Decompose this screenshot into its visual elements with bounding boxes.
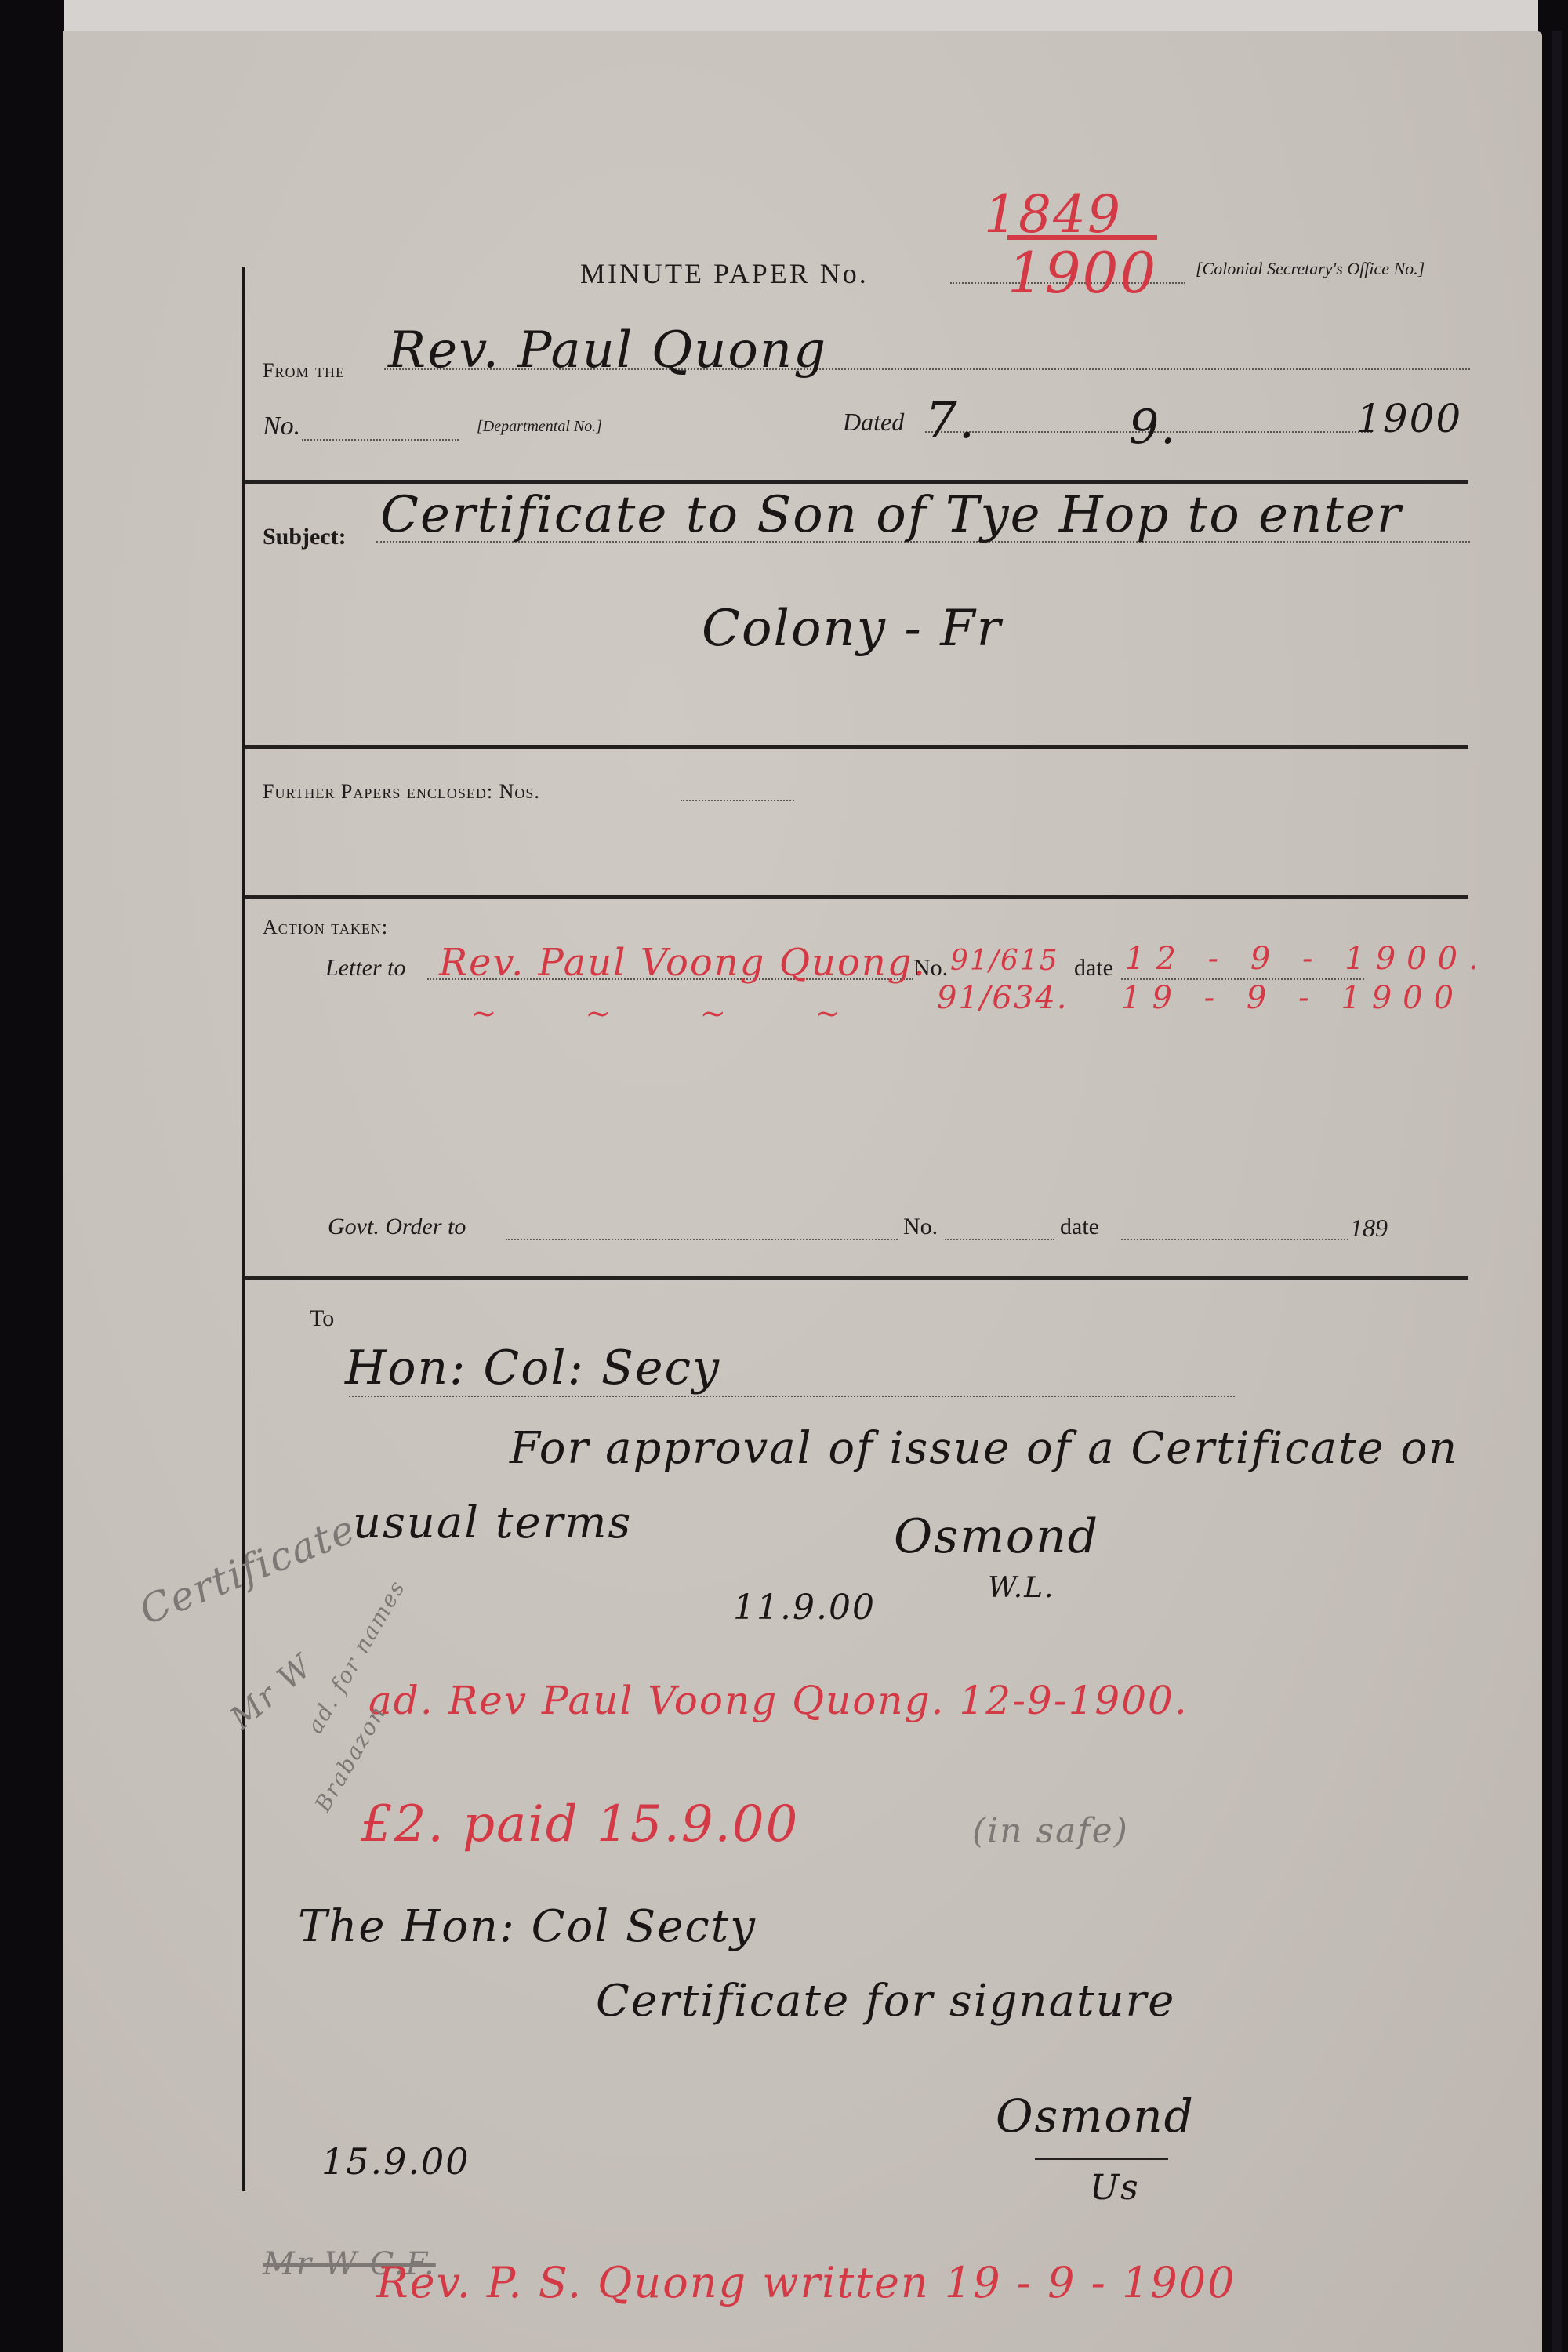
- action-taken-label: Action taken:: [263, 916, 388, 939]
- letter-date-2[interactable]: 19 - 9 - 1900: [1121, 980, 1465, 1016]
- minute1-date: 11.9.00: [733, 1588, 876, 1628]
- dated-month[interactable]: 9.: [1129, 400, 1177, 455]
- govt-no-line: [945, 1239, 1054, 1240]
- govt-no-label: No.: [903, 1214, 938, 1240]
- letter-no-2[interactable]: 91/634.: [937, 980, 1068, 1016]
- minute2-addressee[interactable]: The Hon: Col Secty: [298, 1901, 757, 1952]
- minute-paper-title: MINUTE PAPER No.: [580, 257, 869, 290]
- letter-date-label: date: [1074, 955, 1113, 982]
- from-value[interactable]: Rev. Paul Quong: [388, 321, 827, 379]
- page-right-shadow: [1552, 31, 1562, 2352]
- govt-order-line: [506, 1239, 898, 1240]
- dated-day[interactable]: 7.: [925, 392, 976, 450]
- letter-ditto: ~ ~ ~ ~: [470, 996, 880, 1032]
- underlying-sheet-edge: [64, 0, 1538, 34]
- minute1-line1[interactable]: For approval of issue of a Certificate o…: [510, 1423, 1458, 1474]
- further-papers-line: [681, 800, 794, 801]
- minute2-signature-underline: [1035, 2158, 1168, 2160]
- minute2-signature: Osmond: [996, 2089, 1195, 2143]
- left-margin-rule: [242, 267, 245, 2191]
- minute2-text[interactable]: Certificate for signature: [596, 1976, 1175, 2027]
- govt-date-label: date: [1060, 1214, 1099, 1240]
- no-label: No.: [263, 412, 300, 441]
- letter-no-1[interactable]: 91/615: [950, 945, 1059, 977]
- section-rule-2: [245, 745, 1468, 749]
- govt-date-line: [1121, 1239, 1348, 1240]
- no-line: [302, 439, 459, 441]
- from-label: From the: [263, 359, 345, 383]
- dated-label: Dated: [843, 408, 904, 437]
- section-rule-3: [245, 895, 1468, 899]
- footer-red-note: Rev. P. S. Quong written 19 - 9 - 1900: [376, 2258, 1236, 2307]
- minute2-initials: Us: [1090, 2168, 1140, 2208]
- minute1-line2[interactable]: usual terms: [353, 1497, 632, 1548]
- to-label: To: [310, 1305, 334, 1332]
- letter-date-1[interactable]: 12 - 9 - 1900.: [1125, 941, 1490, 977]
- minute1-initials: W.L.: [988, 1572, 1055, 1604]
- subject-label: Subject:: [263, 524, 347, 550]
- subject-line-2[interactable]: Colony - Fr: [702, 600, 1002, 658]
- govt-year: 189: [1350, 1214, 1388, 1243]
- pencil-note-in-safe: (in safe): [972, 1811, 1129, 1851]
- letter-to-label: Letter to: [325, 955, 406, 982]
- dated-year[interactable]: 1900: [1356, 396, 1462, 441]
- dept-note: [Departmental No.]: [477, 418, 602, 436]
- minute-no-bottom: 1900: [1007, 235, 1157, 306]
- subject-line-1[interactable]: Certificate to Son of Tye Hop to enter: [380, 486, 1402, 544]
- to-addressee[interactable]: Hon: Col: Secy: [345, 1341, 720, 1396]
- letter-no-label: No.: [913, 955, 948, 982]
- section-rule-4: [245, 1276, 1468, 1280]
- letter-to-value[interactable]: Rev. Paul Voong Quong.: [439, 941, 927, 985]
- to-line: [349, 1396, 1235, 1397]
- minute1-signature: Osmond: [894, 1509, 1099, 1564]
- minute2-date: 15.9.00: [321, 2140, 470, 2183]
- section-rule-1: [245, 480, 1468, 484]
- red-note-1: ad. Rev Paul Voong Quong. 12-9-1900.: [368, 1678, 1189, 1723]
- govt-order-label: Govt. Order to: [328, 1214, 466, 1240]
- red-note-2: £2. paid 15.9.00: [361, 1795, 799, 1853]
- further-papers-label: Further Papers enclosed: Nos.: [263, 780, 540, 804]
- office-note: [Colonial Secretary's Office No.]: [1196, 259, 1425, 279]
